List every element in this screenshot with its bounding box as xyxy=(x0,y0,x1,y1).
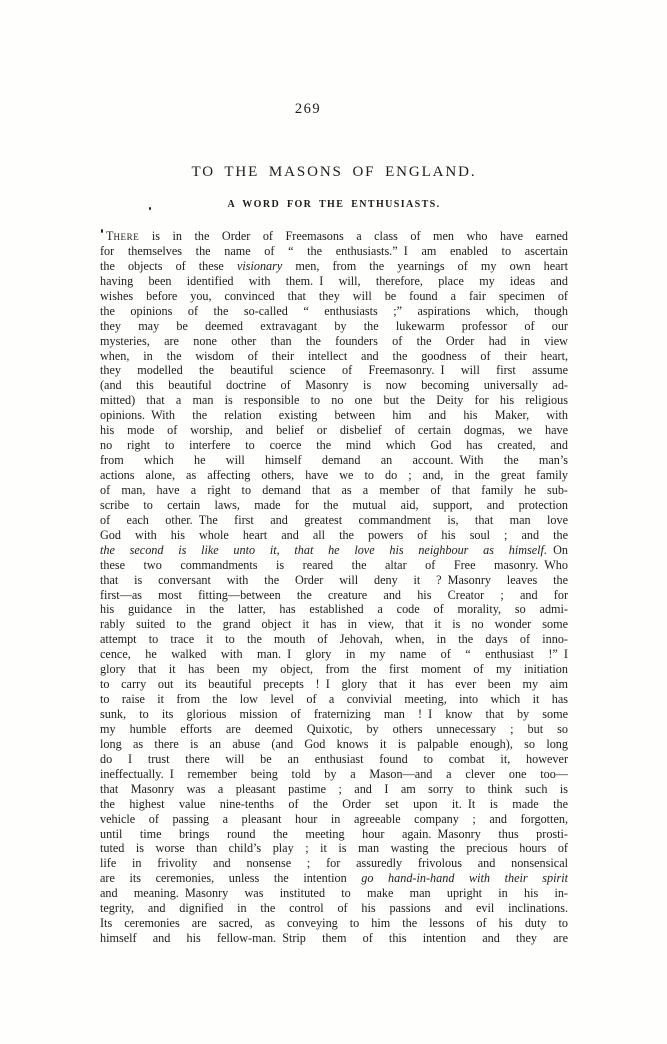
text-segment: cence, he walked with man. I glory in my… xyxy=(100,647,568,661)
text-line: from which he will himself demand an acc… xyxy=(100,453,568,468)
text-segment: they may be deemed extravagant by the lu… xyxy=(100,319,568,333)
text-line: the highest value nine-tenths of the Ord… xyxy=(100,797,568,812)
text-line: my humble efforts are deemed Quixotic, b… xyxy=(100,722,568,737)
text-line: for themselves the name of “ the enthusi… xyxy=(100,244,568,259)
text-segment: first—as most fitting—between the creatu… xyxy=(100,588,568,602)
text-line: himself and his fellow-man. Strip them o… xyxy=(100,931,568,946)
text-segment: opinions. With the relation existing bet… xyxy=(100,408,568,422)
text-segment: vehicle of passing a pleasant hour in ag… xyxy=(100,812,568,826)
text-line: his guidance in the latter, has establis… xyxy=(100,602,568,617)
page-subtitle: A WORD FOR THE ENTHUSIASTS. xyxy=(100,199,568,210)
text-line: There is in the Order of Freemasons a cl… xyxy=(100,229,568,244)
text-line: when, in the wisdom of their intellect a… xyxy=(100,349,568,364)
text-line: no right to interfere to coerce the mind… xyxy=(100,438,568,453)
text-line: God with his whole heart and all the pow… xyxy=(100,528,568,543)
text-segment: the opinions of the so-called “ enthusia… xyxy=(100,304,568,318)
text-segment: that Masonry was a pleasant pastime ; an… xyxy=(100,782,568,796)
text-segment: no right to interfere to coerce the mind… xyxy=(100,438,568,452)
text-segment: are its ceremonies, unless the intention xyxy=(100,871,361,885)
text-line: and meaning. Masonry was instituted to m… xyxy=(100,886,568,901)
text-line: until time brings round the meeting hour… xyxy=(100,827,568,842)
text-segment: the highest value nine-tenths of the Ord… xyxy=(100,797,568,811)
text-line: scribe to certain laws, made for the mut… xyxy=(100,498,568,513)
text-segment: (and this beautiful doctrine of Masonry … xyxy=(100,378,568,392)
text-line: opinions. With the relation existing bet… xyxy=(100,408,568,423)
text-segment: mitted) that a man is responsible to no … xyxy=(100,393,568,407)
text-line: actions alone, as affecting others, have… xyxy=(100,468,568,483)
text-line: cence, he walked with man. I glory in my… xyxy=(100,647,568,662)
text-segment: from which he will himself demand an acc… xyxy=(100,453,568,467)
text-segment: tegrity, and dignified in the control of… xyxy=(100,901,568,915)
text-segment: life in frivolity and nonsense ; for ass… xyxy=(100,856,568,870)
text-segment: to carry out its beautiful precepts ! I … xyxy=(100,677,568,691)
text-segment: Its ceremonies are sacred, as conveying … xyxy=(100,916,568,930)
text-line: long as there is an abuse (and God knows… xyxy=(100,737,568,752)
text-line: they may be deemed extravagant by the lu… xyxy=(100,319,568,334)
text-segment: On xyxy=(547,543,568,557)
text-segment: attempt to trace it to the mouth of Jeho… xyxy=(100,632,568,646)
text-segment: scribe to certain laws, made for the mut… xyxy=(100,498,568,512)
text-line: mitted) that a man is responsible to no … xyxy=(100,393,568,408)
text-segment: visionary xyxy=(237,259,282,273)
text-line: do I trust there will be an enthusiast f… xyxy=(100,752,568,767)
text-line: that Masonry was a pleasant pastime ; an… xyxy=(100,782,568,797)
text-line: glory that it has been my object, from t… xyxy=(100,662,568,677)
text-line: they modelled the beautiful science of F… xyxy=(100,363,568,378)
text-segment: is in the Order of Freemasons a class of… xyxy=(139,229,568,243)
text-line: Its ceremonies are sacred, as conveying … xyxy=(100,916,568,931)
text-segment: the objects of these xyxy=(100,259,237,273)
text-segment: the second is like unto it, that he love… xyxy=(100,543,547,557)
text-segment: sunk, to its glorious mission of fratern… xyxy=(100,707,568,721)
text-segment: rably suited to the grand object it has … xyxy=(100,617,568,631)
body-text: There is in the Order of Freemasons a cl… xyxy=(100,229,568,946)
text-line: the objects of these visionary men, from… xyxy=(100,259,568,274)
text-line: the opinions of the so-called “ enthusia… xyxy=(100,304,568,319)
text-segment: do I trust there will be an enthusiast f… xyxy=(100,752,568,766)
text-segment: wishes before you, convinced that they w… xyxy=(100,289,568,303)
text-segment: ineffectually. I remember being told by … xyxy=(100,767,568,781)
text-segment: mysteries, are none other than the found… xyxy=(100,334,568,348)
text-segment: tuted is worse than child’s play ; it is… xyxy=(100,841,568,855)
text-line: to raise it from the low level of a conv… xyxy=(100,692,568,707)
text-line: life in frivolity and nonsense ; for ass… xyxy=(100,856,568,871)
text-segment: to raise it from the low level of a conv… xyxy=(100,692,568,706)
text-segment: long as there is an abuse (and God knows… xyxy=(100,737,568,751)
document-page: 269 TO THE MASONS OF ENGLAND. A WORD FOR… xyxy=(0,0,667,1044)
text-segment: they modelled the beautiful science of F… xyxy=(100,363,568,377)
text-segment: actions alone, as affecting others, have… xyxy=(100,468,568,482)
text-line: that is conversant with the Order will d… xyxy=(100,573,568,588)
text-segment: his mode of worship, and belief or disbe… xyxy=(100,423,568,437)
text-segment: God with his whole heart and all the pow… xyxy=(100,528,568,542)
text-segment: these two commandments is reared the alt… xyxy=(100,558,568,572)
text-segment: of man, have a right to demand that as a… xyxy=(100,483,568,497)
page-number: 269 xyxy=(0,101,616,118)
text-segment: my humble efforts are deemed Quixotic, b… xyxy=(100,722,568,736)
text-segment: go hand-in-hand with their spirit xyxy=(361,871,568,885)
text-segment: having been identified with them. I will… xyxy=(100,274,568,288)
text-line: first—as most fitting—between the creatu… xyxy=(100,588,568,603)
text-segment: men, from the yearnings of my own heart xyxy=(282,259,568,273)
text-line: tuted is worse than child’s play ; it is… xyxy=(100,841,568,856)
text-line: to carry out its beautiful precepts ! I … xyxy=(100,677,568,692)
text-segment: glory that it has been my object, from t… xyxy=(100,662,568,676)
text-line: of each other. The first and greatest co… xyxy=(100,513,568,528)
text-line: tegrity, and dignified in the control of… xyxy=(100,901,568,916)
text-segment: of each other. The first and greatest co… xyxy=(100,513,568,527)
text-segment: until time brings round the meeting hour… xyxy=(100,827,568,841)
text-segment: that is conversant with the Order will d… xyxy=(100,573,568,587)
text-segment: himself and his fellow-man. Strip them o… xyxy=(100,931,568,945)
text-line: having been identified with them. I will… xyxy=(100,274,568,289)
text-line: of man, have a right to demand that as a… xyxy=(100,483,568,498)
text-line: vehicle of passing a pleasant hour in ag… xyxy=(100,812,568,827)
text-segment: for themselves the name of “ the enthusi… xyxy=(100,244,568,258)
text-line: wishes before you, convinced that they w… xyxy=(100,289,568,304)
text-segment: here xyxy=(113,229,139,243)
text-segment: and meaning. Masonry was instituted to m… xyxy=(100,886,568,900)
text-line: his mode of worship, and belief or disbe… xyxy=(100,423,568,438)
text-line: rably suited to the grand object it has … xyxy=(100,617,568,632)
text-line: mysteries, are none other than the found… xyxy=(100,334,568,349)
text-line: these two commandments is reared the alt… xyxy=(100,558,568,573)
text-line: (and this beautiful doctrine of Masonry … xyxy=(100,378,568,393)
page-title: TO THE MASONS OF ENGLAND. xyxy=(100,164,568,181)
text-segment: his guidance in the latter, has establis… xyxy=(100,602,568,616)
text-line: ineffectually. I remember being told by … xyxy=(100,767,568,782)
text-segment: when, in the wisdom of their intellect a… xyxy=(100,349,568,363)
text-line: attempt to trace it to the mouth of Jeho… xyxy=(100,632,568,647)
text-line: the second is like unto it, that he love… xyxy=(100,543,568,558)
ink-speck xyxy=(149,207,151,210)
text-line: are its ceremonies, unless the intention… xyxy=(100,871,568,886)
text-line: sunk, to its glorious mission of fratern… xyxy=(100,707,568,722)
